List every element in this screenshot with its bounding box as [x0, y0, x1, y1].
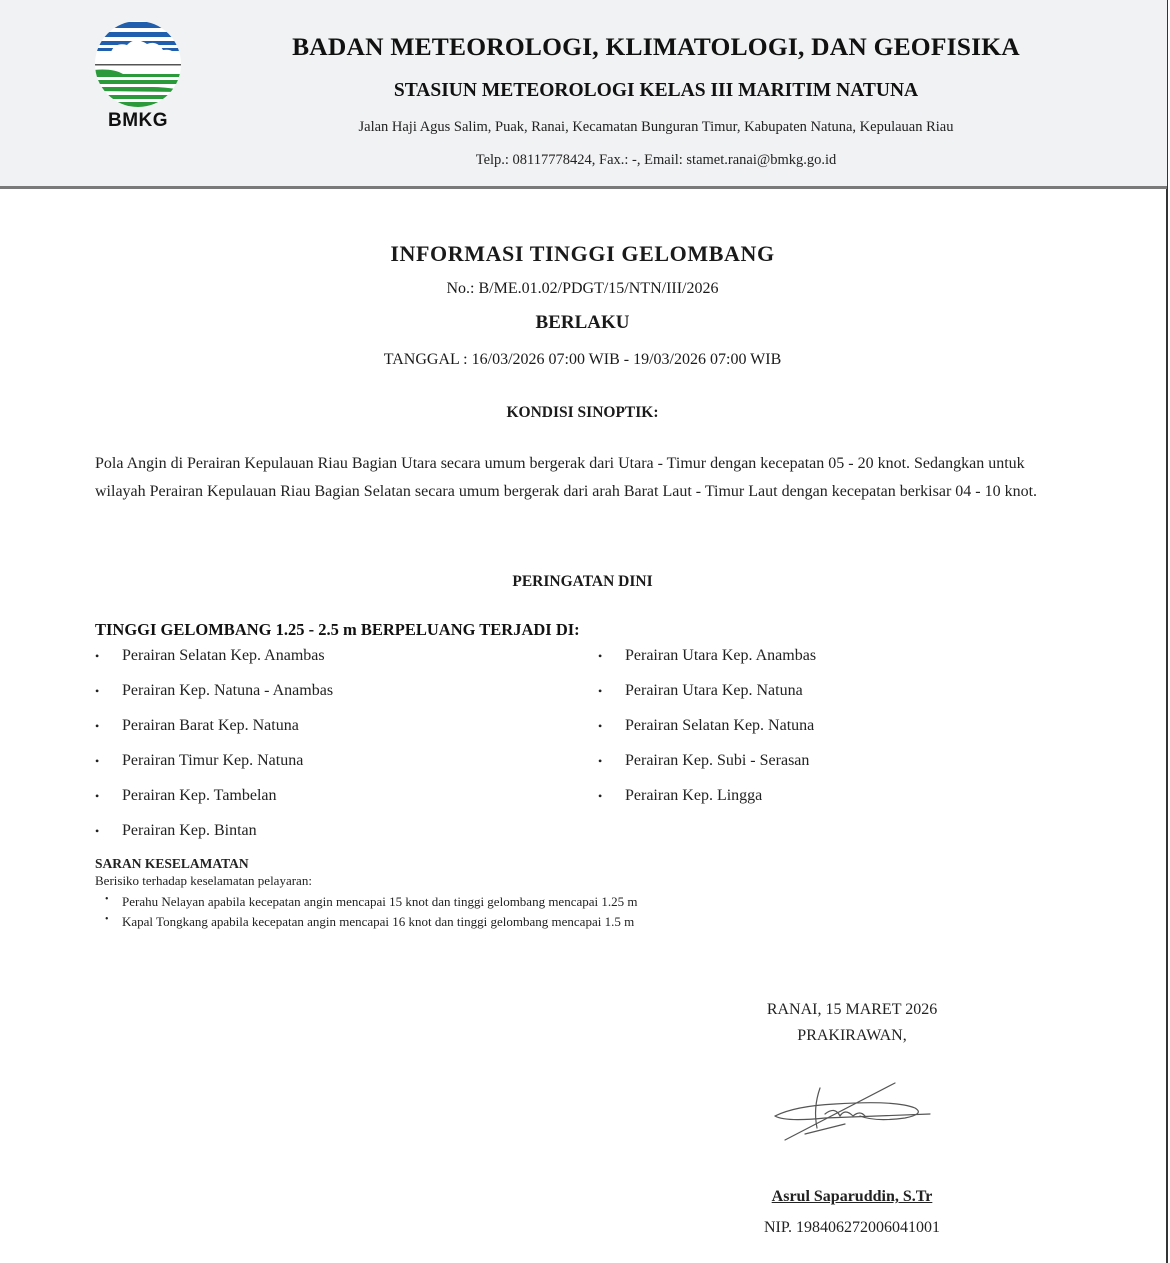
bullet-icon: • — [598, 716, 602, 736]
letterhead: BMKG BADAN METEOROLOGI, KLIMATOLOGI, DAN… — [0, 0, 1167, 189]
synoptic-title: KONDISI SINOPTIK: — [0, 404, 1165, 422]
document-number: No.: B/ME.01.02/PDGT/15/NTN/III/2026 — [0, 280, 1165, 298]
list-item: •Perairan Kep. Subi - Serasan — [598, 751, 816, 786]
bullet-icon: • — [105, 910, 109, 930]
safety-advice: SARAN KESELAMATAN Berisiko terhadap kese… — [95, 856, 638, 932]
bullet-icon: • — [598, 646, 602, 666]
bullet-icon: • — [598, 681, 602, 701]
safety-list: •Perahu Nelayan apabila kecepatan angin … — [95, 892, 638, 932]
signatory-name: Asrul Saparuddin, S.Tr — [742, 1188, 962, 1206]
document-title: INFORMASI TINGGI GELOMBANG — [0, 241, 1165, 267]
list-item: •Perairan Kep. Bintan — [95, 821, 333, 856]
list-item: •Perairan Utara Kep. Anambas — [598, 646, 816, 681]
station-address: Jalan Haji Agus Salim, Puak, Ranai, Keca… — [250, 119, 1062, 136]
signatory-role: PRAKIRAWAN, — [742, 1027, 962, 1045]
bullet-icon: • — [95, 786, 99, 806]
logo-text: BMKG — [93, 110, 183, 132]
bullet-icon: • — [95, 751, 99, 771]
location-list-right: •Perairan Utara Kep. Anambas •Perairan U… — [598, 646, 816, 821]
bullet-icon: • — [598, 751, 602, 771]
synoptic-body: Pola Angin di Perairan Kepulauan Riau Ba… — [95, 450, 1075, 505]
list-item: •Perairan Utara Kep. Natuna — [598, 681, 816, 716]
place-date: RANAI, 15 MARET 2026 — [742, 1001, 962, 1019]
safety-intro: Berisiko terhadap keselamatan pelayaran: — [95, 872, 638, 890]
station-name: STASIUN METEOROLOGI KELAS III MARITIM NA… — [250, 80, 1062, 102]
location-list-left: •Perairan Selatan Kep. Anambas •Perairan… — [95, 646, 333, 856]
list-item: •Perairan Barat Kep. Natuna — [95, 716, 333, 751]
bullet-icon: • — [95, 821, 99, 841]
signatory-nip: NIP. 198406272006041001 — [742, 1219, 962, 1237]
list-item: •Perairan Selatan Kep. Natuna — [598, 716, 816, 751]
bullet-icon: • — [598, 786, 602, 806]
early-warning-title: PERINGATAN DINI — [0, 573, 1165, 591]
bullet-icon: • — [95, 681, 99, 701]
safety-title: SARAN KESELAMATAN — [95, 856, 638, 872]
list-item: •Perairan Kep. Lingga — [598, 786, 816, 821]
bullet-icon: • — [105, 890, 109, 910]
wave-height-heading: TINGGI GELOMBANG 1.25 - 2.5 m BERPELUANG… — [95, 620, 580, 640]
signature-icon — [765, 1078, 940, 1148]
list-item: •Perairan Selatan Kep. Anambas — [95, 646, 333, 681]
list-item: •Perahu Nelayan apabila kecepatan angin … — [95, 892, 638, 912]
page-right-border — [1166, 0, 1168, 1263]
list-item: •Perairan Kep. Natuna - Anambas — [95, 681, 333, 716]
validity-dates: TANGGAL : 16/03/2026 07:00 WIB - 19/03/2… — [0, 351, 1165, 369]
bmkg-logo: BMKG — [93, 20, 183, 132]
list-item: •Perairan Timur Kep. Natuna — [95, 751, 333, 786]
station-contact: Telp.: 08117778424, Fax.: -, Email: stam… — [250, 152, 1062, 169]
bullet-icon: • — [95, 646, 99, 666]
list-item: •Perairan Kep. Tambelan — [95, 786, 333, 821]
validity-label: BERLAKU — [0, 312, 1165, 334]
bmkg-emblem-icon — [93, 20, 183, 110]
agency-name: BADAN METEOROLOGI, KLIMATOLOGI, DAN GEOF… — [250, 32, 1062, 62]
list-item: •Kapal Tongkang apabila kecepatan angin … — [95, 912, 638, 932]
bullet-icon: • — [95, 716, 99, 736]
